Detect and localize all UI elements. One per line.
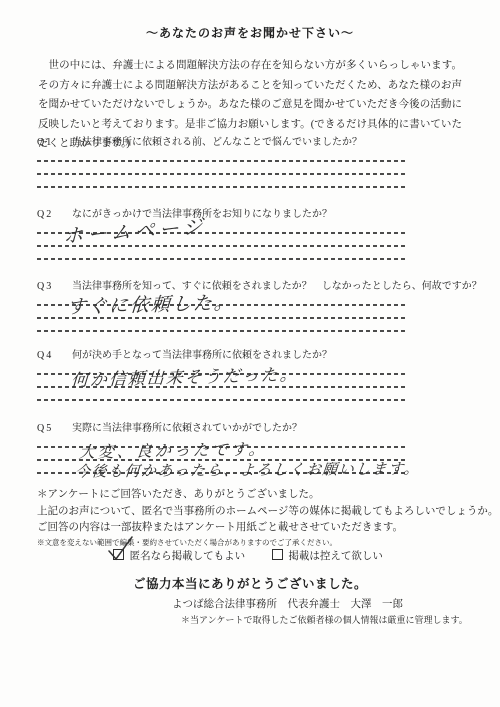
question-row: Q2なにがきっかけで当法律事務所をお知りになりましたか？ <box>37 209 405 221</box>
edit-disclaimer-note: ※文意を変えない範囲で編集・要約させていただく場合がありますのでご了承ください。 <box>37 537 337 548</box>
answer-lines <box>37 149 405 188</box>
thanks-note: ＊アンケートにご回答いただき、ありがとうございました。 <box>37 486 319 501</box>
page-title: 〜あなたのお声をお聞かせ下さい〜 <box>0 24 500 41</box>
option-decline-label: 掲載は控えて欲しい <box>288 551 383 562</box>
office-signature: よつば総合法律事務所 代表弁護士 大澤 一郎 <box>172 596 403 611</box>
answer-line <box>37 362 405 375</box>
answer-line <box>37 375 405 388</box>
closing-thanks: ご協力本当にありがとうございました。 <box>0 574 500 592</box>
checkbox-decline-empty <box>272 549 283 560</box>
question-number: Q1 <box>37 137 72 149</box>
question-block-q1: Q1当法律事務所に依頼される前、どんなことで悩んでいましたか？ <box>37 137 405 188</box>
answer-line <box>37 221 405 234</box>
question-row: Q1当法律事務所に依頼される前、どんなことで悩んでいましたか？ <box>37 137 405 149</box>
answer-line <box>37 234 405 247</box>
publish-request-line1: 上記のお声について、匿名で当事務所のホームページ等の媒体に掲載してもよろしいでし… <box>37 503 498 518</box>
question-number: Q3 <box>37 281 72 293</box>
answer-line <box>37 319 405 332</box>
answer-line <box>37 461 405 474</box>
answer-line <box>37 448 405 461</box>
question-block-q2: Q2なにがきっかけで当法律事務所をお知りになりましたか？ ホームページ <box>37 209 405 260</box>
question-row: Q4何が決め手となって当法律事務所に依頼をされましたか？ <box>37 350 405 362</box>
publish-request-line2: ご回答の内容は一部抜粋またはアンケート用紙ごと載せさせていただきます。 <box>37 519 403 534</box>
question-block-q4: Q4何が決め手となって当法律事務所に依頼をされましたか？ 何か信頼出来そうだった… <box>37 350 405 401</box>
question-text: なにがきっかけで当法律事務所をお知りになりましたか？ <box>72 209 332 220</box>
question-row: Q5実際に当法律事務所に依頼されていかがでしたか？ <box>37 423 405 435</box>
answer-line <box>37 175 405 188</box>
answer-line <box>37 247 405 260</box>
question-text: 当法律事務所を知って、すぐに依頼をされましたか？ しなかったとしたら、何故ですか… <box>72 281 482 292</box>
question-number: Q4 <box>37 350 72 362</box>
answer-lines <box>37 221 405 260</box>
handwritten-checkmark-icon <box>106 536 134 564</box>
answer-line <box>37 293 405 306</box>
answer-line <box>37 149 405 162</box>
question-number: Q5 <box>37 423 72 435</box>
checkbox-anonymous-checked <box>113 549 124 560</box>
question-row: Q3当法律事務所を知って、すぐに依頼をされましたか？ しなかったとしたら、何故で… <box>37 281 405 293</box>
question-text: 当法律事務所に依頼される前、どんなことで悩んでいましたか？ <box>72 137 362 148</box>
answer-lines <box>37 435 405 474</box>
option-anonymous-ok: 匿名なら掲載してもよい <box>113 548 245 563</box>
publish-consent-options: 匿名なら掲載してもよい 掲載は控えて欲しい <box>113 548 383 563</box>
option-decline: 掲載は控えて欲しい <box>272 548 383 563</box>
question-text: 実際に当法律事務所に依頼されていかがでしたか？ <box>72 423 302 434</box>
answer-line <box>37 162 405 175</box>
question-text: 何が決め手となって当法律事務所に依頼をされましたか？ <box>72 350 332 361</box>
question-block-q5: Q5実際に当法律事務所に依頼されていかがでしたか？ 大変、良かったです。 今後も… <box>37 423 405 474</box>
question-block-q3: Q3当法律事務所を知って、すぐに依頼をされましたか？ しなかったとしたら、何故で… <box>37 281 405 332</box>
answer-line <box>37 388 405 401</box>
questionnaire-sheet: 〜あなたのお声をお聞かせ下さい〜 世の中には、弁護士による問題解決方法の存在を知… <box>0 0 500 707</box>
option-anonymous-label: 匿名なら掲載してもよい <box>130 551 246 562</box>
answer-lines <box>37 293 405 332</box>
answer-lines <box>37 362 405 401</box>
question-number: Q2 <box>37 209 72 221</box>
answer-line <box>37 435 405 448</box>
answer-line <box>37 306 405 319</box>
privacy-note: ＊当アンケートで取得したご依頼者様の個人情報は厳重に管理します。 <box>181 613 468 626</box>
